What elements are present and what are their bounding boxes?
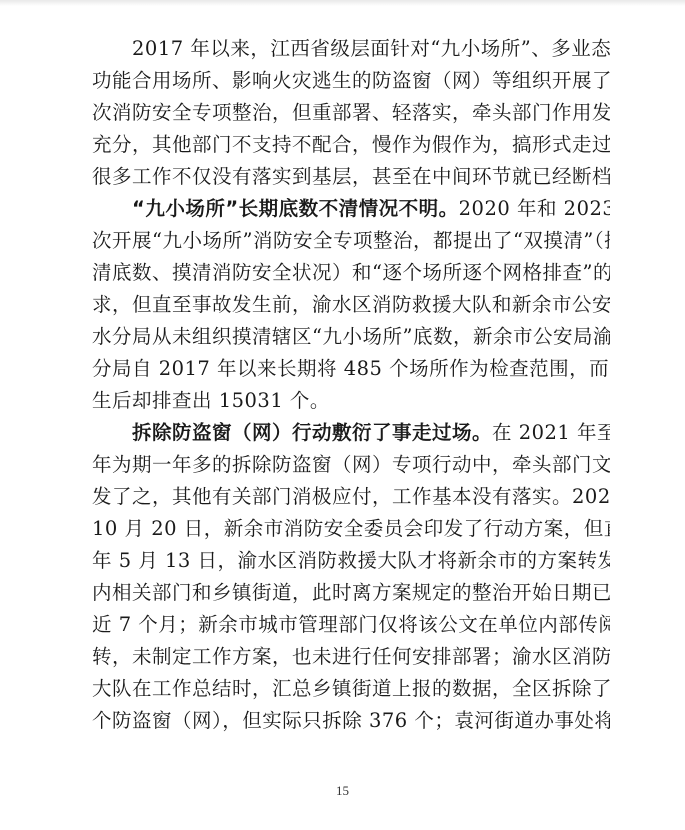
paragraph-anti-theft-windows: 拆除防盗窗（网）行动敷衍了事走过场。在 2021 年至 2022 年为期一年多的… [92,417,610,737]
text-line: 分局自 2017 年以来长期将 485 个场所作为检查范围，而事故发 [92,353,610,385]
text-line: 求，但直至事故发生前，渝水区消防救援大队和新余市公安局渝 [92,289,610,321]
text-line: 次开展“九小场所”消防安全专项整治，都提出了“双摸清”（摸 [92,225,610,257]
text-run: 在 2021 年至 2022 [492,421,610,444]
paragraph-nine-small-venues: “九小场所”长期底数不清情况不明。2020 年和 2023 年两 次开展“九小场… [92,193,610,417]
text-line: 功能合用场所、影响火灾逃生的防盗窗（网）等组织开展了 30 [92,65,610,97]
text-line: 很多工作不仅没有落实到基层，甚至在中间环节就已经断档。 [92,161,610,193]
text-line: 年 5 月 13 日，渝水区消防救援大队才将新余市的方案转发给区 [92,545,610,577]
text-line: 内相关部门和乡镇街道，此时离方案规定的整治开始日期已过了 [92,577,610,609]
document-page: 2017 年以来，江西省级层面针对“九小场所”、多业态多 功能合用场所、影响火灾… [92,33,610,737]
text-line: “九小场所”长期底数不清情况不明。2020 年和 2023 年两 [92,193,610,225]
text-line: 拆除防盗窗（网）行动敷衍了事走过场。在 2021 年至 2022 [92,417,610,449]
paragraph-heading: “九小场所”长期底数不清情况不明。 [132,197,459,220]
text-line: 年为期一年多的拆除防盗窗（网）专项行动中，牵头部门文件一 [92,449,610,481]
text-line: 水分局从未组织摸清辖区“九小场所”底数，新余市公安局渝水 [92,321,610,353]
text-line: 近 7 个月；新余市城市管理部门仅将该公文在单位内部传阅流 [92,609,610,641]
text-line: 大队在工作总结时，汇总乡镇街道上报的数据，全区拆除了 4035 [92,673,610,705]
text-line: 生后却排查出 15031 个。 [92,385,610,417]
text-line: 2017 年以来，江西省级层面针对“九小场所”、多业态多 [92,33,610,65]
text-line: 转，未制定工作方案，也未进行任何安排部署；渝水区消防救援 [92,641,610,673]
text-line: 10 月 20 日，新余市消防安全委员会印发了行动方案，但直至 2022 [92,513,610,545]
page-number: 15 [0,783,685,799]
text-line: 发了之，其他有关部门消极应付，工作基本没有落实。2021 年 [92,481,610,513]
text-line: 个防盗窗（网），但实际只拆除 376 个；袁河街道办事处将已列 [92,705,610,737]
text-line: 充分，其他部门不支持不配合，慢作为假作为，搞形式走过场， [92,129,610,161]
paragraph-heading: 拆除防盗窗（网）行动敷衍了事走过场。 [132,421,492,444]
text-line: 清底数、摸清消防安全状况）和“逐个场所逐个网格排查”的要 [92,257,610,289]
paragraph-intro: 2017 年以来，江西省级层面针对“九小场所”、多业态多 功能合用场所、影响火灾… [92,33,610,193]
text-run: 2020 年和 2023 年两 [459,197,610,220]
text-line: 次消防安全专项整治，但重部署、轻落实，牵头部门作用发挥不 [92,97,610,129]
viewer-top-edge [0,0,685,6]
